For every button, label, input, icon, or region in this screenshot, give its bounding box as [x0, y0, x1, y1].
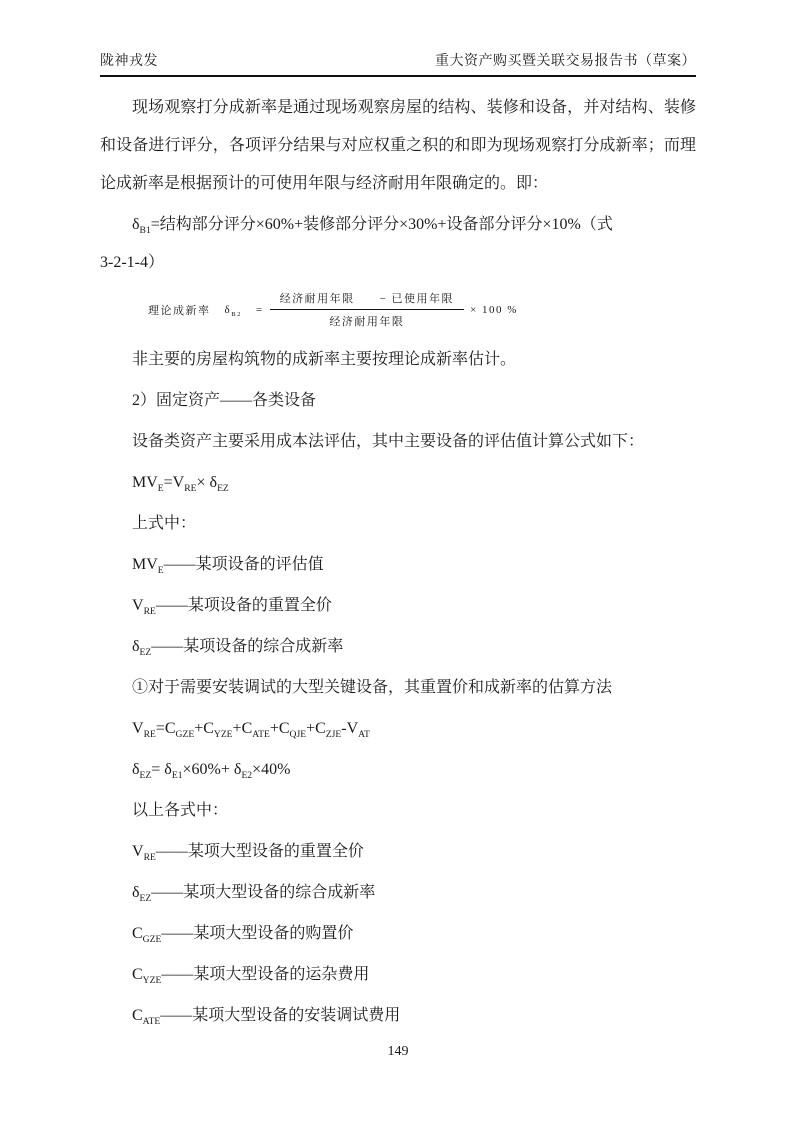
- page-number: 149: [388, 1044, 409, 1059]
- paragraph-circle1-large-equipment: ①对于需要安装调试的大型关键设备，其重置价和成新率的估算方法: [100, 669, 696, 707]
- definition-vre: VRE——某项设备的重置全价: [100, 587, 696, 625]
- theory-multiplier: × 100 %: [470, 304, 518, 316]
- page-footer: 149: [100, 1044, 696, 1122]
- formula-theory-renewal-rate: 理论成新率 δB2 = 经济耐用年限 − 已使用年限 经济耐用年限 × 100 …: [148, 290, 696, 329]
- theory-denominator: 经济耐用年限: [270, 310, 464, 329]
- formula-vre: VRE=CGZE+CYZE+CATE+CQJE+CZJE-VAT: [100, 710, 696, 748]
- theory-symbol: δB2: [225, 304, 242, 316]
- heading-fixed-assets-equipment: 2）固定资产——各类设备: [100, 382, 696, 420]
- theory-fraction: 经济耐用年限 − 已使用年限 经济耐用年限: [270, 290, 464, 329]
- paragraph-in-formula: 上式中：: [100, 505, 696, 543]
- paragraph-non-main-buildings: 非主要的房屋构筑物的成新率主要按理论成新率估计。: [100, 341, 696, 379]
- theory-equals-sign: =: [256, 304, 264, 316]
- theory-label: 理论成新率: [148, 302, 211, 318]
- document-page: 陇神戎发 重大资产购买暨关联交易报告书（草案） 现场观察打分成新率是通过现场观察…: [0, 0, 793, 1122]
- formula-dez: δEZ= δE1×60%+ δE2×40%: [100, 751, 696, 789]
- header-report-title: 重大资产购买暨关联交易报告书（草案）: [435, 50, 696, 70]
- definition-large-vre: VRE——某项大型设备的重置全价: [100, 833, 696, 871]
- theory-numerator: 经济耐用年限 − 已使用年限: [270, 290, 464, 310]
- definition-large-dez: δEZ——某项大型设备的综合成新率: [100, 874, 696, 912]
- paragraph-site-survey: 现场观察打分成新率是通过现场观察房屋的结构、装修和设备，并对结构、装修和设备进行…: [100, 89, 696, 203]
- formula-delta-b1-line1: δB1=结构部分评分×60%+装修部分评分×30%+设备部分评分×10%（式: [100, 206, 696, 244]
- paragraph-above-formulas: 以上各式中：: [100, 792, 696, 830]
- document-body: 现场观察打分成新率是通过现场观察房屋的结构、装修和设备，并对结构、装修和设备进行…: [100, 77, 696, 1038]
- definition-large-cyze: CYZE——某项大型设备的运杂费用: [100, 956, 696, 994]
- formula-delta-b1-line2: 3-2-1-4）: [100, 244, 696, 282]
- definition-large-cate: CATE——某项大型设备的安装调试费用: [100, 997, 696, 1035]
- paragraph-equipment-intro: 设备类资产主要采用成本法评估，其中主要设备的评估值计算公式如下：: [100, 423, 696, 461]
- definition-mve: MVE——某项设备的评估值: [100, 546, 696, 584]
- formula-mv: MVE=VRE× δEZ: [100, 464, 696, 502]
- definition-dez: δEZ——某项设备的综合成新率: [100, 628, 696, 666]
- definition-large-cgze: CGZE——某项大型设备的购置价: [100, 915, 696, 953]
- header-company-name: 陇神戎发: [100, 50, 158, 70]
- page-header: 陇神戎发 重大资产购买暨关联交易报告书（草案）: [100, 0, 696, 77]
